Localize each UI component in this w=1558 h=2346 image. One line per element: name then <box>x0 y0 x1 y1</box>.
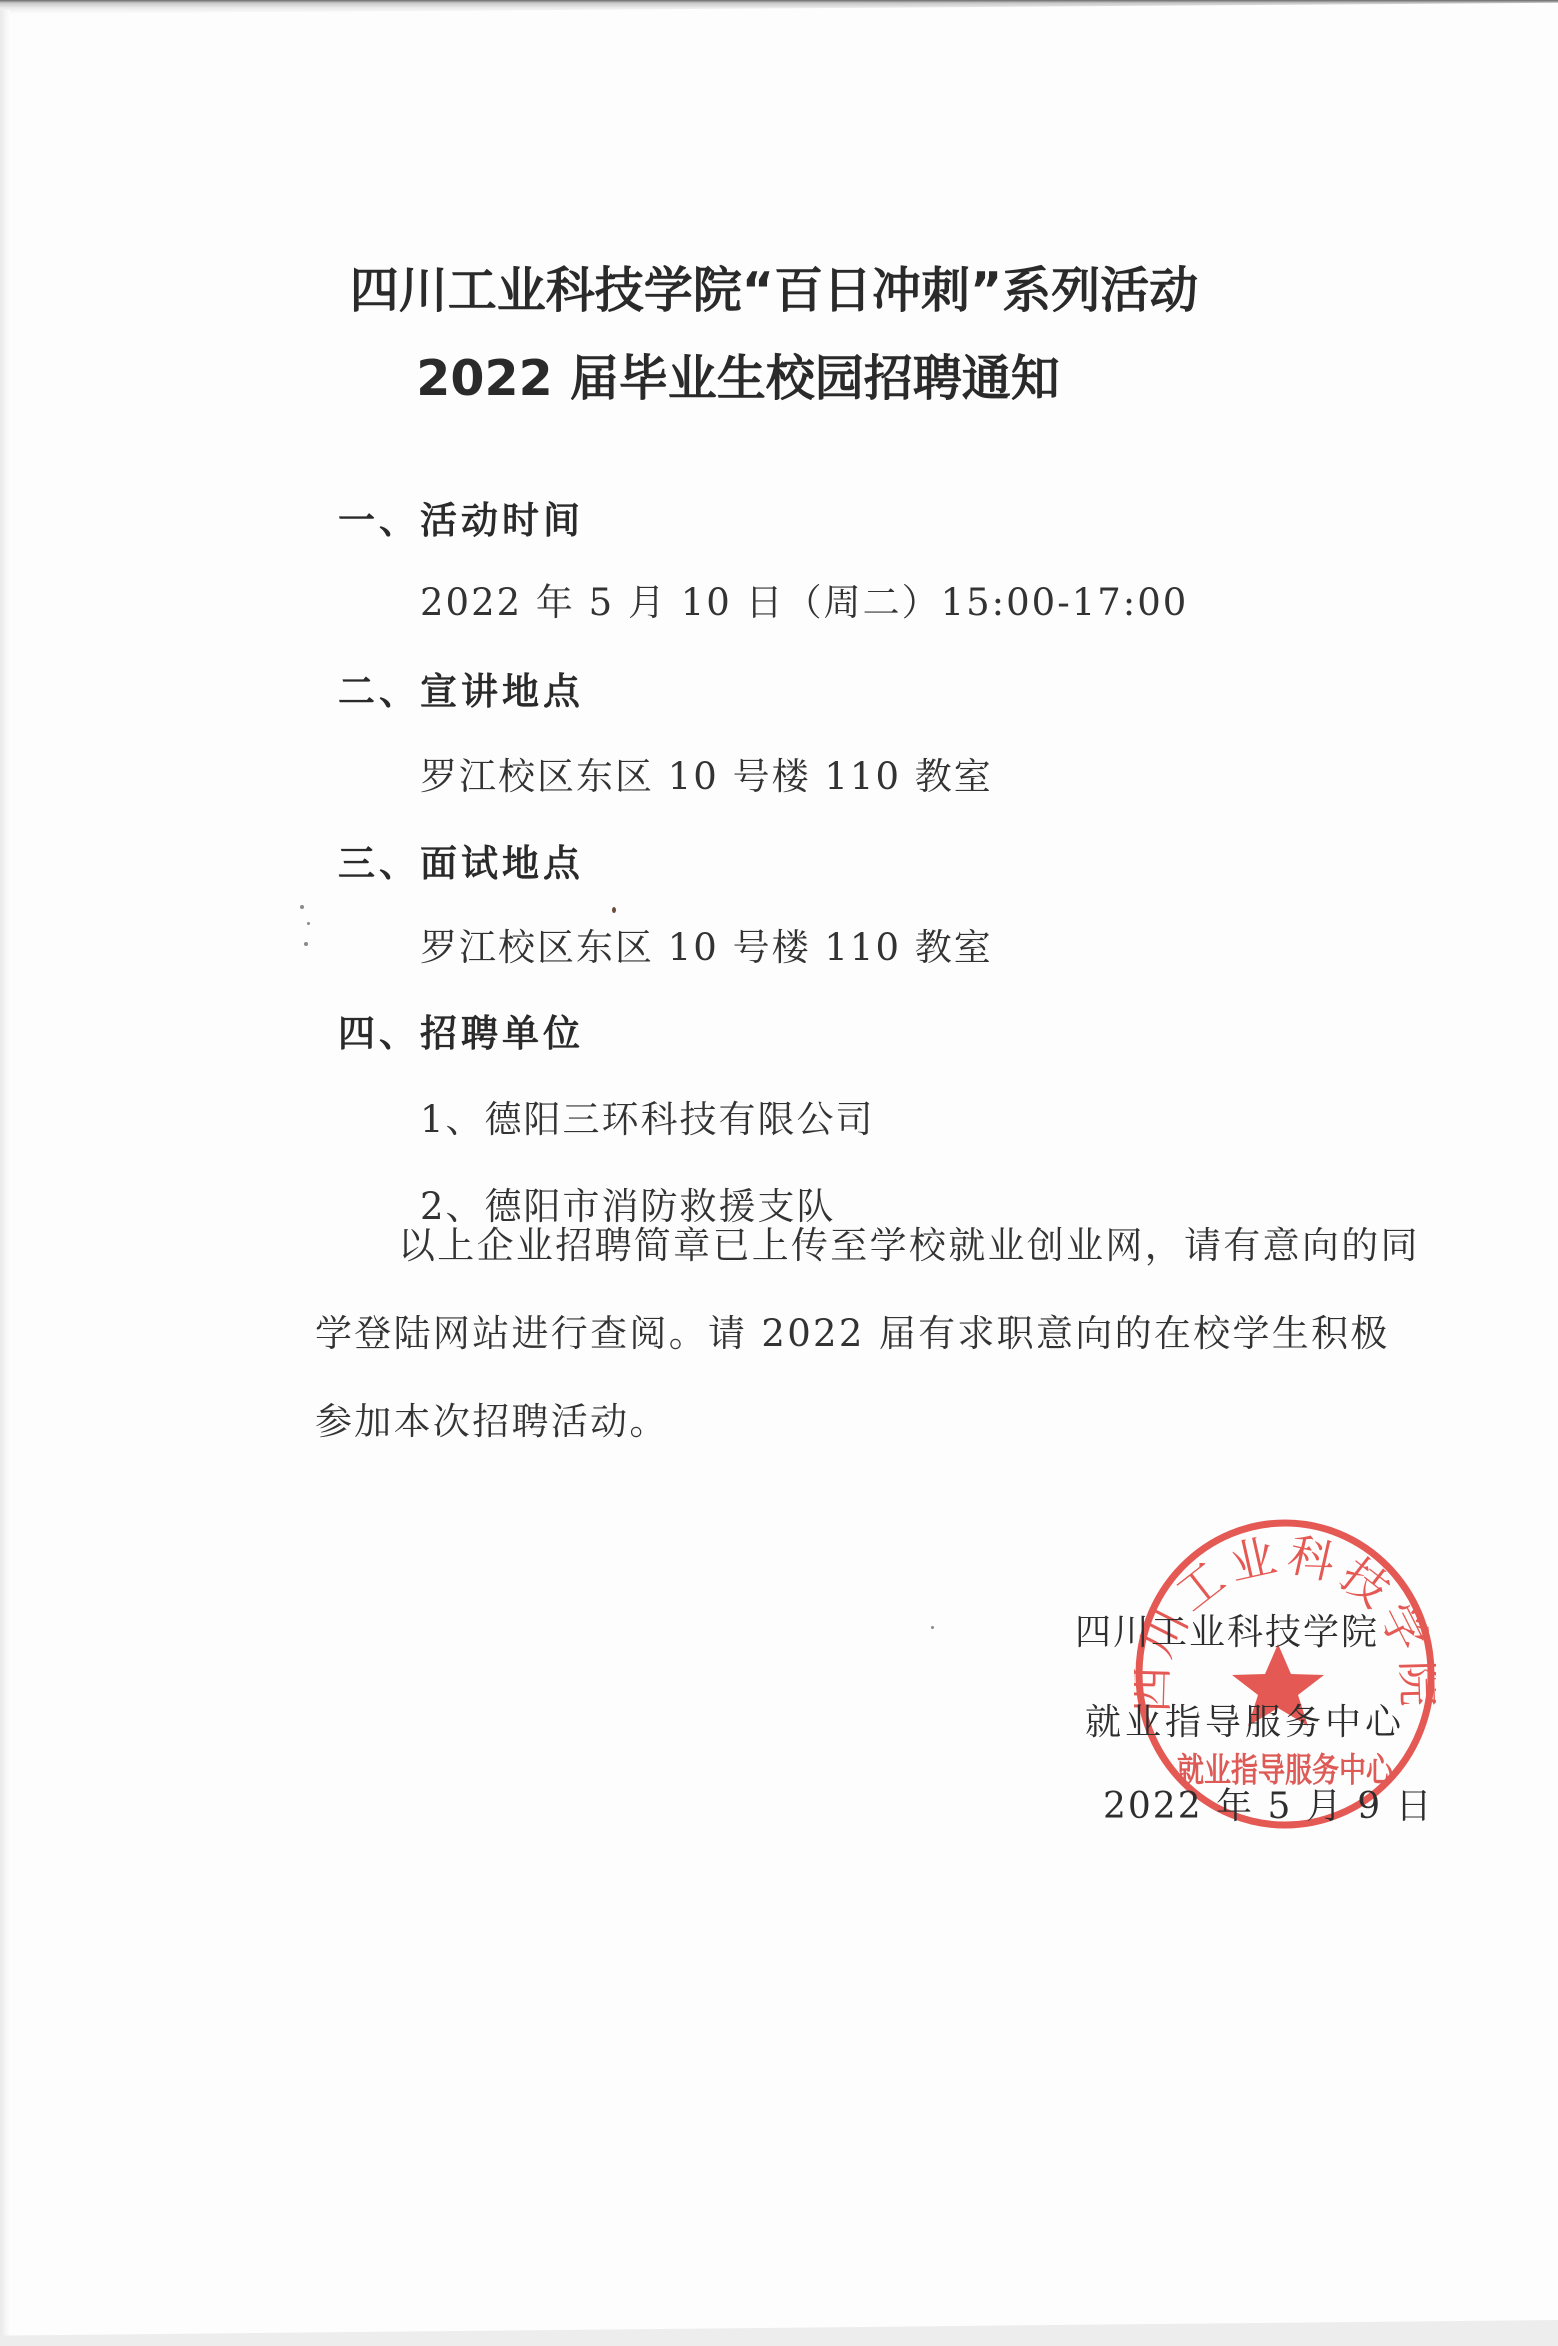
scan-edge-top <box>0 0 1558 14</box>
signature-org: 四川工业科技学院 <box>1075 1610 1379 1656</box>
scan-speck <box>300 905 304 909</box>
scan-speck <box>304 942 308 946</box>
official-seal-icon: 四川工业科技学院 就业指导服务中心 <box>1134 1519 1436 1829</box>
notice-paragraph: 以上企业招聘简章已上传至学校就业创业网，请有意向的同学登陆网站进行查阅。请 20… <box>315 1202 1425 1466</box>
signature-dept: 就业指导服务中心 <box>1085 1700 1405 1746</box>
section-heading-time: 一、活动时间 <box>338 496 584 546</box>
scan-speck <box>612 907 616 913</box>
scan-speck <box>307 922 310 925</box>
signature-date: 2022 年 5 月 9 日 <box>1103 1784 1434 1830</box>
interview-venue: 罗江校区东区 10 号楼 110 教室 <box>420 923 993 973</box>
section-heading-presentation-venue: 二、宣讲地点 <box>338 667 584 717</box>
document-title-line2: 2022 届毕业生校园招聘通知 <box>0 349 1517 409</box>
scan-edge-bottom <box>0 2320 1558 2346</box>
scan-speck <box>931 1626 934 1629</box>
section-heading-employers: 四、招聘单位 <box>338 1009 584 1059</box>
section-heading-interview-venue: 三、面试地点 <box>338 839 584 889</box>
event-time: 2022 年 5 月 10 日（周二）15:00-17:00 <box>420 578 1188 628</box>
presentation-venue: 罗江校区东区 10 号楼 110 教室 <box>420 752 993 802</box>
employer-item: 1、德阳三环科技有限公司 <box>420 1095 875 1145</box>
document-title-line1: 四川工业科技学院“百日冲刺”系列活动 <box>0 261 1553 321</box>
